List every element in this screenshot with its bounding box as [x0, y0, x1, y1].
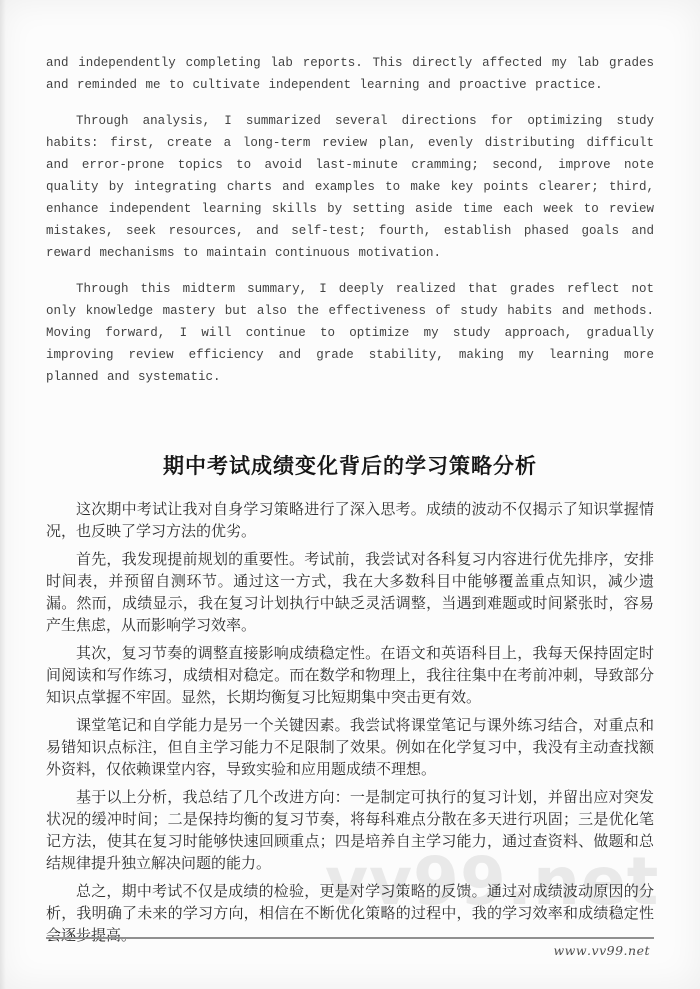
- report-title: 期中考试成绩变化背后的学习策略分析: [46, 452, 654, 482]
- footer-rule: [46, 937, 654, 939]
- chinese-paragraph-improvements: 基于以上分析，我总结了几个改进方向：一是制定可执行的复习计划，并留出应对突发状况…: [46, 787, 654, 875]
- english-paragraph-analysis: Through analysis, I summarized several d…: [46, 110, 654, 264]
- document-page: vv99.net and independently completing la…: [0, 0, 700, 989]
- chinese-paragraph-intro: 这次期中考试让我对自身学习策略进行了深入思考。成绩的波动不仅揭示了知识掌握情况，…: [46, 499, 654, 543]
- chinese-paragraph-notes: 课堂笔记和自学能力是另一个关键因素。我尝试将课堂笔记与课外练习结合，对重点和易错…: [46, 715, 654, 781]
- chinese-paragraph-rhythm: 其次，复习节奏的调整直接影响成绩稳定性。在语文和英语科目上，我每天保持固定时间阅…: [46, 643, 654, 709]
- english-paragraph-continuation: and independently completing lab reports…: [46, 52, 654, 96]
- footer-site-url: www.vv99.net: [553, 943, 650, 958]
- chinese-paragraph-planning: 首先，我发现提前规划的重要性。考试前，我尝试对各科复习内容进行优先排序，安排时间…: [46, 549, 654, 637]
- document-content: and independently completing lab reports…: [46, 52, 654, 947]
- english-paragraph-summary: Through this midterm summary, I deeply r…: [46, 278, 654, 388]
